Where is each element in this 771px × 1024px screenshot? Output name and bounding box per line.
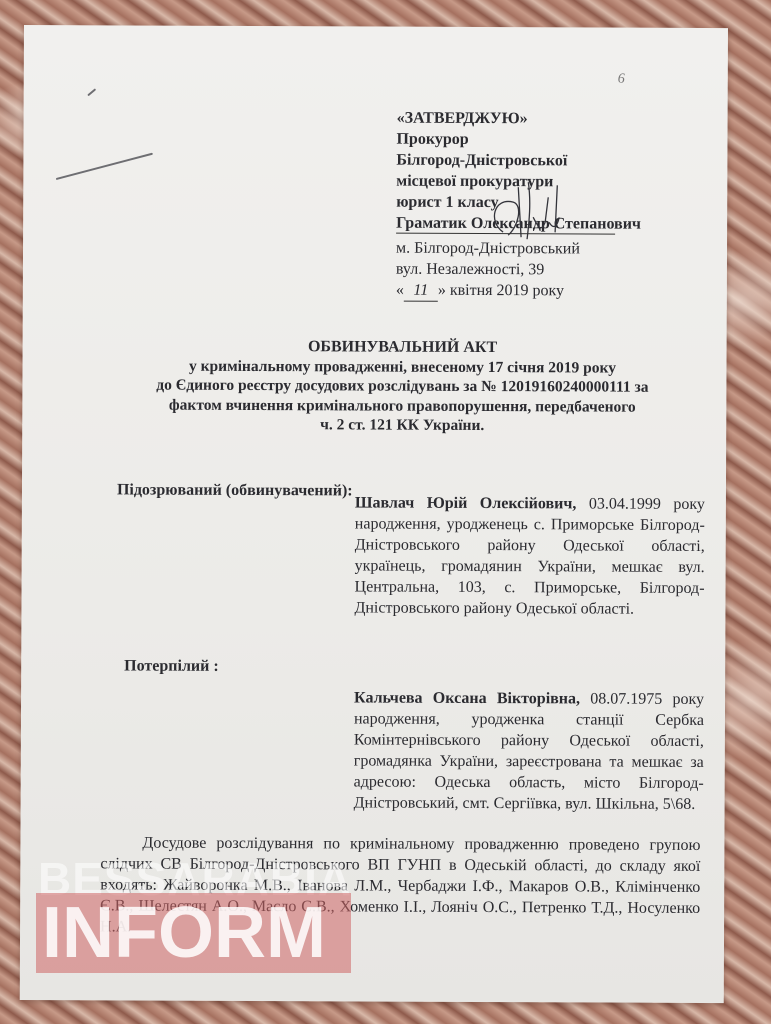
victim-label: Потерпілий : bbox=[124, 657, 219, 675]
handwritten-day: 11 bbox=[404, 280, 438, 302]
title-line: фактом вчинення кримінального правопоруш… bbox=[102, 395, 702, 417]
signature-icon bbox=[483, 177, 573, 247]
document-title: ОБВИНУВАЛЬНИЙ АКТ bbox=[103, 336, 703, 358]
suspect-details: Шавлач Юрій Олексійович, 03.04.1999 року… bbox=[354, 492, 705, 620]
handwritten-page-number: 6 bbox=[618, 72, 625, 88]
place-city: м. Білгород-Дністровський bbox=[396, 238, 580, 260]
title-line: до Єдиного реєстру досудових розслідуван… bbox=[102, 375, 702, 397]
pencil-mark-short bbox=[87, 88, 96, 96]
victim-name: Кальчева Оксана Вікторівна, bbox=[354, 689, 580, 707]
title-line: у кримінальному провадженні, внесеному 1… bbox=[102, 356, 702, 378]
pencil-mark-long bbox=[56, 153, 153, 180]
watermark-inform: INFORM bbox=[42, 893, 326, 973]
approval-line: Білгород-Дністровської bbox=[396, 150, 641, 172]
suspect-name: Шавлач Юрій Олексійович, bbox=[355, 494, 577, 512]
place-date-block: м. Білгород-Дністровський вул. Незалежно… bbox=[396, 238, 580, 303]
approval-date: «11» квітня 2019 року bbox=[396, 280, 580, 303]
approval-line: Прокурор bbox=[396, 129, 641, 151]
place-street: вул. Незалежності, 39 bbox=[396, 259, 580, 281]
title-line: ч. 2 ст. 121 КК України. bbox=[102, 414, 702, 436]
victim-details: Кальчева Оксана Вікторівна, 08.07.1975 р… bbox=[354, 687, 705, 815]
approval-heading: «ЗАТВЕРДЖУЮ» bbox=[397, 108, 642, 130]
suspect-label: Підозрюваний (обвинувачений): bbox=[117, 481, 353, 500]
document-title-block: ОБВИНУВАЛЬНИЙ АКТ у кримінальному провад… bbox=[102, 336, 702, 436]
